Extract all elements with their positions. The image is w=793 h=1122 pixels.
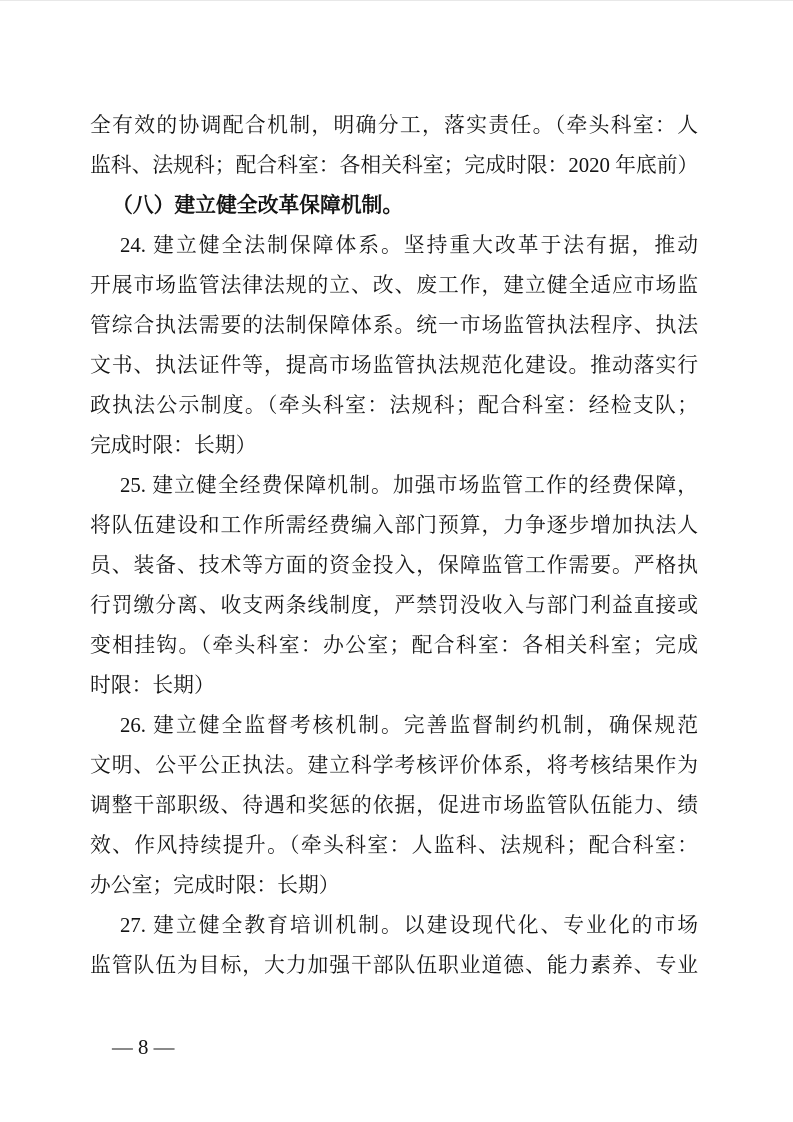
text-line: 时限：长期） bbox=[90, 666, 698, 706]
text-line: 员、装备、技术等方面的资金投入，保障监管工作需要。严格执 bbox=[90, 546, 698, 586]
text-line: 管综合执法需要的法制保障体系。统一市场监管执法程序、执法 bbox=[90, 306, 698, 346]
text-line: 25. 建立健全经费保障机制。加强市场监管工作的经费保障， bbox=[90, 466, 698, 506]
text-line: 办公室；完成时限：长期） bbox=[90, 866, 698, 906]
document-body: 全有效的协调配合机制，明确分工，落实责任。（牵头科室：人监科、法规科；配合科室：… bbox=[90, 106, 698, 986]
text-line: 完成时限：长期） bbox=[90, 426, 698, 466]
text-line: 监管队伍为目标，大力加强干部队伍职业道德、能力素养、专业 bbox=[90, 946, 698, 986]
text-line: 文书、执法证件等，提高市场监管执法规范化建设。推动落实行 bbox=[90, 346, 698, 386]
section-heading-line: （八）建立健全改革保障机制。 bbox=[90, 186, 698, 226]
text-line: 27. 建立健全教育培训机制。以建设现代化、专业化的市场 bbox=[90, 906, 698, 946]
text-line: 24. 建立健全法制保障体系。坚持重大改革于法有据，推动 bbox=[90, 226, 698, 266]
text-line: 政执法公示制度。（牵头科室：法规科；配合科室：经检支队； bbox=[90, 386, 698, 426]
text-line: 将队伍建设和工作所需经费编入部门预算，力争逐步增加执法人 bbox=[90, 506, 698, 546]
text-line: 变相挂钩。（牵头科室：办公室；配合科室：各相关科室；完成 bbox=[90, 626, 698, 666]
text-line: 文明、公平公正执法。建立科学考核评价体系，将考核结果作为 bbox=[90, 746, 698, 786]
text-line: 行罚缴分离、收支两条线制度，严禁罚没收入与部门利益直接或 bbox=[90, 586, 698, 626]
text-line: 调整干部职级、待遇和奖惩的依据，促进市场监管队伍能力、绩 bbox=[90, 786, 698, 826]
text-line: 监科、法规科；配合科室：各相关科室；完成时限：2020 年底前） bbox=[90, 146, 698, 186]
text-line: 开展市场监管法律法规的立、改、废工作，建立健全适应市场监 bbox=[90, 266, 698, 306]
page-number: — 8 — bbox=[112, 1028, 174, 1068]
document-page: 全有效的协调配合机制，明确分工，落实责任。（牵头科室：人监科、法规科；配合科室：… bbox=[0, 0, 793, 1122]
text-line: 效、作风持续提升。（牵头科室：人监科、法规科；配合科室： bbox=[90, 826, 698, 866]
text-line: 26. 建立健全监督考核机制。完善监督制约机制，确保规范 bbox=[90, 706, 698, 746]
text-line: 全有效的协调配合机制，明确分工，落实责任。（牵头科室：人 bbox=[90, 106, 698, 146]
